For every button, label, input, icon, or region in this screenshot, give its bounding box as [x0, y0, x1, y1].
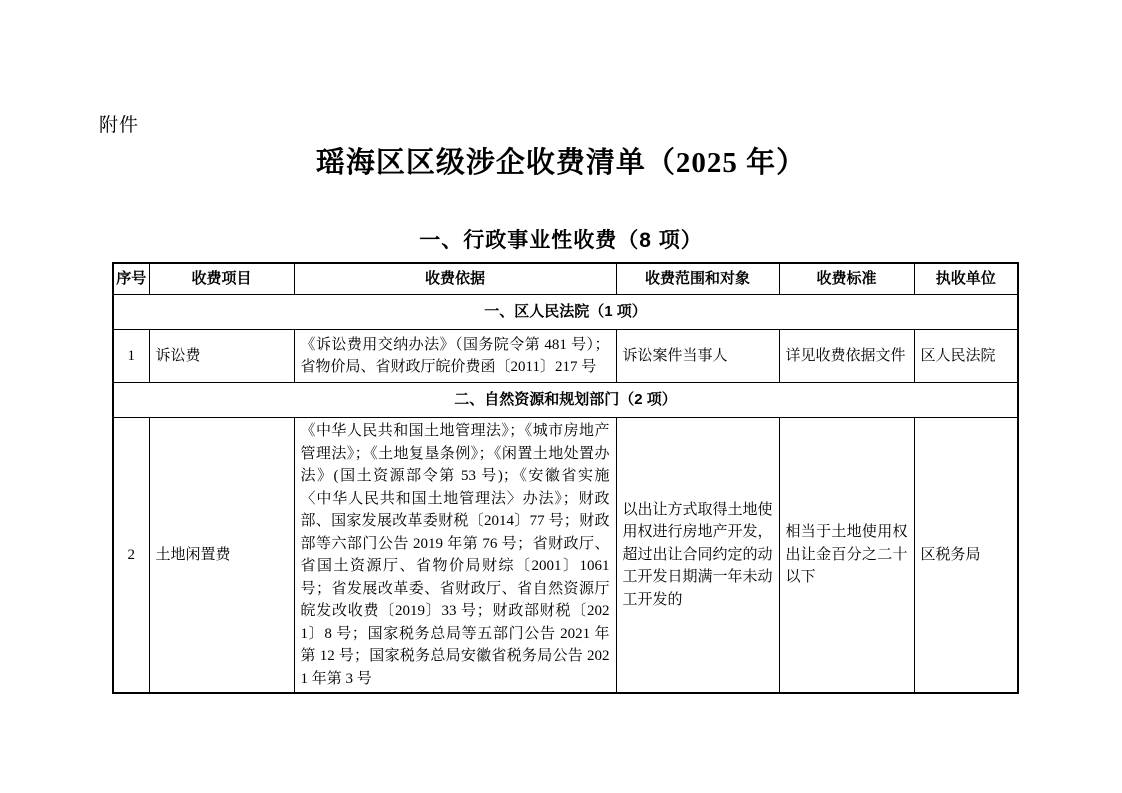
cell-standard: 相当于土地使用权出让金百分之二十以下: [779, 418, 914, 694]
group-title-natural-resources: 二、自然资源和规划部门（2 项）: [113, 383, 1018, 418]
col-header-scope: 收费范围和对象: [616, 263, 779, 295]
cell-unit: 区税务局: [914, 418, 1018, 694]
cell-item: 土地闲置费: [149, 418, 294, 694]
col-header-unit: 执收单位: [914, 263, 1018, 295]
col-header-basis: 收费依据: [294, 263, 616, 295]
attachment-label: 附件: [99, 110, 139, 137]
cell-scope: 诉讼案件当事人: [616, 330, 779, 383]
cell-scope: 以出让方式取得土地使用权进行房地产开发，超过出让合同约定的动工开发日期满一年未动…: [616, 418, 779, 694]
header-row: 序号 收费项目 收费依据 收费范围和对象 收费标准 执收单位: [113, 263, 1018, 295]
cell-basis: 《诉讼费用交纳办法》（国务院令第 481 号）；省物价局、省财政厅皖价费函〔20…: [294, 330, 616, 383]
group-row-natural-resources: 二、自然资源和规划部门（2 项）: [113, 383, 1018, 418]
cell-unit: 区人民法院: [914, 330, 1018, 383]
fee-table: 序号 收费项目 收费依据 收费范围和对象 收费标准 执收单位 一、区人民法院（1…: [112, 262, 1019, 694]
col-header-item: 收费项目: [149, 263, 294, 295]
cell-no: 1: [113, 330, 149, 383]
page-title: 瑶海区区级涉企收费清单（2025 年）: [0, 140, 1122, 181]
table-row: 2 土地闲置费 《中华人民共和国土地管理法》；《城市房地产管理法》；《土地复垦条…: [113, 418, 1018, 694]
section-heading: 一、行政事业性收费（8 项）: [0, 224, 1122, 254]
col-header-no: 序号: [113, 263, 149, 295]
cell-item: 诉讼费: [149, 330, 294, 383]
document-page: 附件 瑶海区区级涉企收费清单（2025 年） 一、行政事业性收费（8 项） 序号…: [0, 0, 1122, 793]
table-row: 1 诉讼费 《诉讼费用交纳办法》（国务院令第 481 号）；省物价局、省财政厅皖…: [113, 330, 1018, 383]
cell-no: 2: [113, 418, 149, 694]
cell-standard: 详见收费依据文件: [779, 330, 914, 383]
group-title-court: 一、区人民法院（1 项）: [113, 295, 1018, 330]
group-row-court: 一、区人民法院（1 项）: [113, 295, 1018, 330]
cell-basis: 《中华人民共和国土地管理法》；《城市房地产管理法》；《土地复垦条例》；《闲置土地…: [294, 418, 616, 694]
col-header-standard: 收费标准: [779, 263, 914, 295]
